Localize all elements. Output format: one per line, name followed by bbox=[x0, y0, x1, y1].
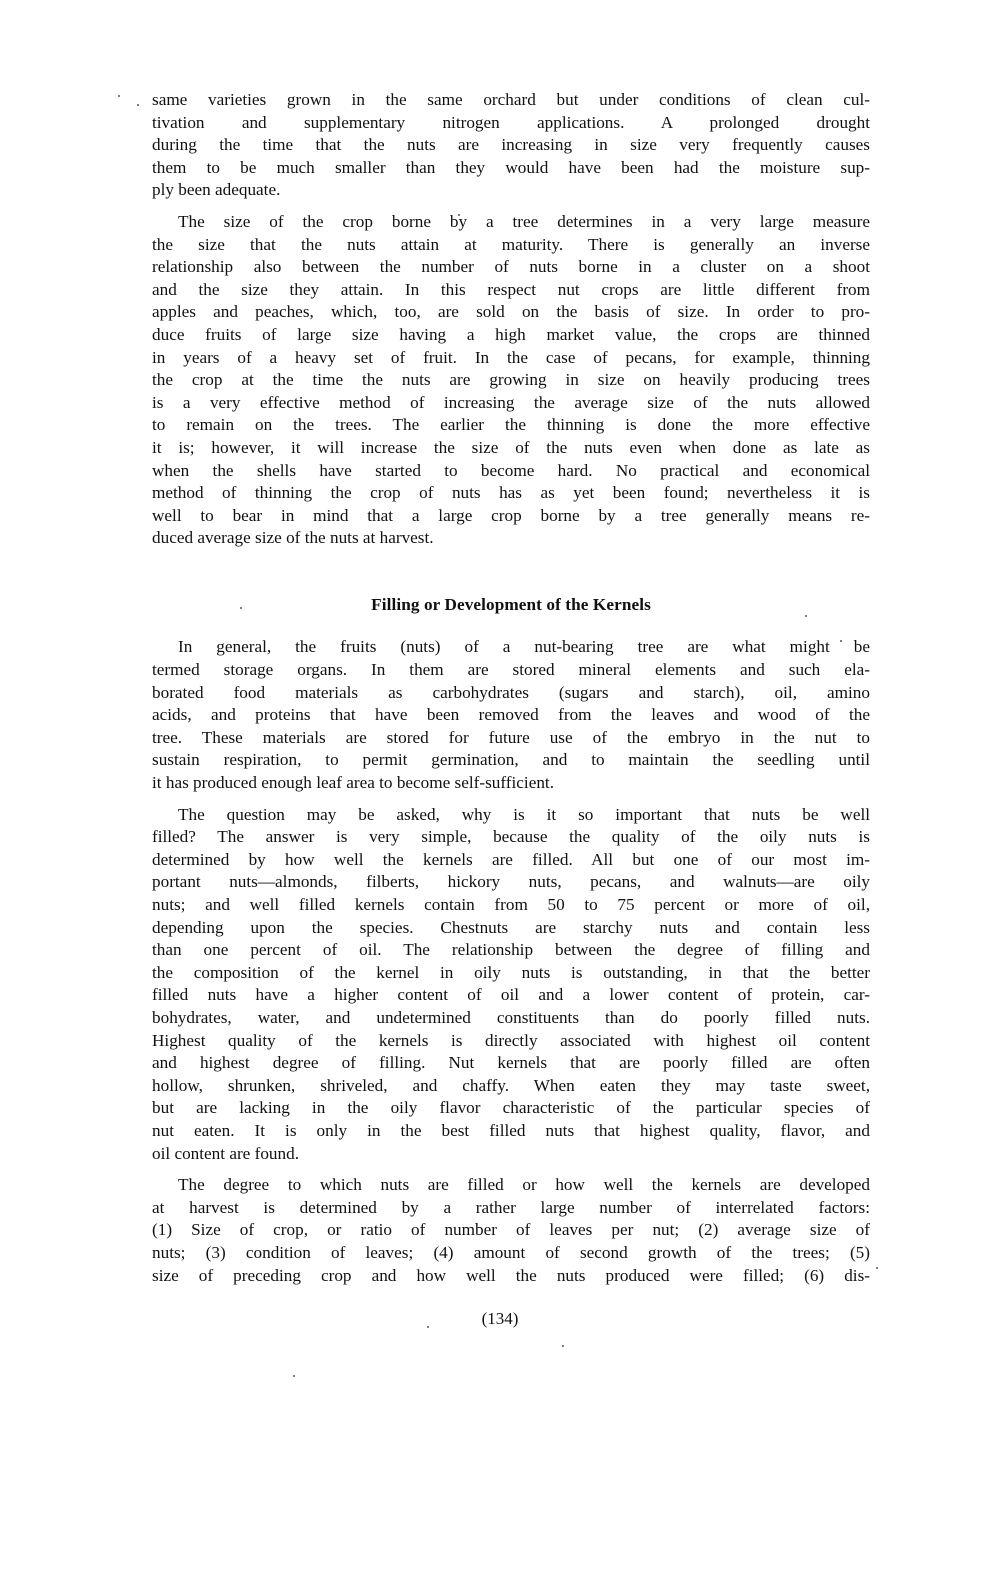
text-line: well to bear in mind that a large crop b… bbox=[152, 505, 870, 528]
paragraph-continuation: same varieties grown in the same orchard… bbox=[152, 89, 870, 202]
text-line: tivation and supplementary nitrogen appl… bbox=[152, 112, 870, 135]
text-line: termed storage organs. In them are store… bbox=[152, 659, 870, 682]
scan-speck bbox=[240, 607, 242, 609]
scan-speck bbox=[458, 214, 460, 216]
section-heading: Filling or Development of the Kernels bbox=[152, 594, 870, 617]
text-line: at harvest is determined by a rather lar… bbox=[152, 1197, 870, 1220]
text-line: and highest degree of filling. Nut kerne… bbox=[152, 1052, 870, 1075]
text-line: but are lacking in the oily flavor chara… bbox=[152, 1097, 870, 1120]
text-line: same varieties grown in the same orchard… bbox=[152, 89, 870, 112]
paragraph-crop-size: The size of the crop borne by a tree det… bbox=[152, 211, 870, 550]
text-line: relationship also between the number of … bbox=[152, 256, 870, 279]
text-line: it has produced enough leaf area to beco… bbox=[152, 772, 870, 795]
text-line: it is; however, it will increase the siz… bbox=[152, 437, 870, 460]
text-line: ply been adequate. bbox=[152, 179, 870, 202]
text-line: oil content are found. bbox=[152, 1143, 870, 1166]
text-line: them to be much smaller than they would … bbox=[152, 157, 870, 180]
text-line: (1) Size of crop, or ratio of number of … bbox=[152, 1219, 870, 1242]
text-line: The degree to which nuts are filled or h… bbox=[152, 1174, 870, 1197]
scan-speck bbox=[805, 615, 807, 617]
text-line: filled nuts have a higher content of oil… bbox=[152, 984, 870, 1007]
text-line: The size of the crop borne by a tree det… bbox=[152, 211, 870, 234]
text-line: nuts; (3) condition of leaves; (4) amoun… bbox=[152, 1242, 870, 1265]
scan-speck bbox=[876, 1267, 878, 1269]
document-page: same varieties grown in the same orchard… bbox=[152, 89, 870, 1287]
text-line: Highest quality of the kernels is direct… bbox=[152, 1030, 870, 1053]
text-line: nuts; and well filled kernels contain fr… bbox=[152, 894, 870, 917]
text-line: when the shells have started to become h… bbox=[152, 460, 870, 483]
scan-speck bbox=[562, 1345, 564, 1347]
scan-speck bbox=[840, 640, 842, 642]
text-line: to remain on the trees. The earlier the … bbox=[152, 414, 870, 437]
scan-speck bbox=[427, 1326, 429, 1328]
text-line: tree. These materials are stored for fut… bbox=[152, 727, 870, 750]
text-line: during the time that the nuts are increa… bbox=[152, 134, 870, 157]
text-line: acids, and proteins that have been remov… bbox=[152, 704, 870, 727]
text-line: duced average size of the nuts at harves… bbox=[152, 527, 870, 550]
text-line: In general, the fruits (nuts) of a nut-b… bbox=[152, 636, 870, 659]
text-line: the crop at the time the nuts are growin… bbox=[152, 369, 870, 392]
scan-speck bbox=[118, 95, 120, 97]
text-line: depending upon the species. Chestnuts ar… bbox=[152, 917, 870, 940]
text-line: nut eaten. It is only in the best filled… bbox=[152, 1120, 870, 1143]
paragraph-storage-organs: In general, the fruits (nuts) of a nut-b… bbox=[152, 636, 870, 794]
scan-speck bbox=[293, 1375, 295, 1377]
text-line: method of thinning the crop of nuts has … bbox=[152, 482, 870, 505]
paragraph-factors: The degree to which nuts are filled or h… bbox=[152, 1174, 870, 1287]
text-line: is a very effective method of increasing… bbox=[152, 392, 870, 415]
text-line: the composition of the kernel in oily nu… bbox=[152, 962, 870, 985]
text-line: the size that the nuts attain at maturit… bbox=[152, 234, 870, 257]
page-number: (134) bbox=[0, 1309, 1000, 1329]
paragraph-well-filled: The question may be asked, why is it so … bbox=[152, 804, 870, 1166]
text-line: and the size they attain. In this respec… bbox=[152, 279, 870, 302]
text-line: determined by how well the kernels are f… bbox=[152, 849, 870, 872]
text-line: borated food materials as carbohydrates … bbox=[152, 682, 870, 705]
text-line: sustain respiration, to permit germinati… bbox=[152, 749, 870, 772]
text-line: size of preceding crop and how well the … bbox=[152, 1265, 870, 1288]
text-line: than one percent of oil. The relationshi… bbox=[152, 939, 870, 962]
text-line: bohydrates, water, and undetermined cons… bbox=[152, 1007, 870, 1030]
text-line: apples and peaches, which, too, are sold… bbox=[152, 301, 870, 324]
text-line: hollow, shrunken, shriveled, and chaffy.… bbox=[152, 1075, 870, 1098]
text-line: filled? The answer is very simple, becau… bbox=[152, 826, 870, 849]
text-line: portant nuts—almonds, filberts, hickory … bbox=[152, 871, 870, 894]
text-line: duce fruits of large size having a high … bbox=[152, 324, 870, 347]
scan-speck bbox=[137, 104, 139, 106]
text-line: in years of a heavy set of fruit. In the… bbox=[152, 347, 870, 370]
text-line: The question may be asked, why is it so … bbox=[152, 804, 870, 827]
